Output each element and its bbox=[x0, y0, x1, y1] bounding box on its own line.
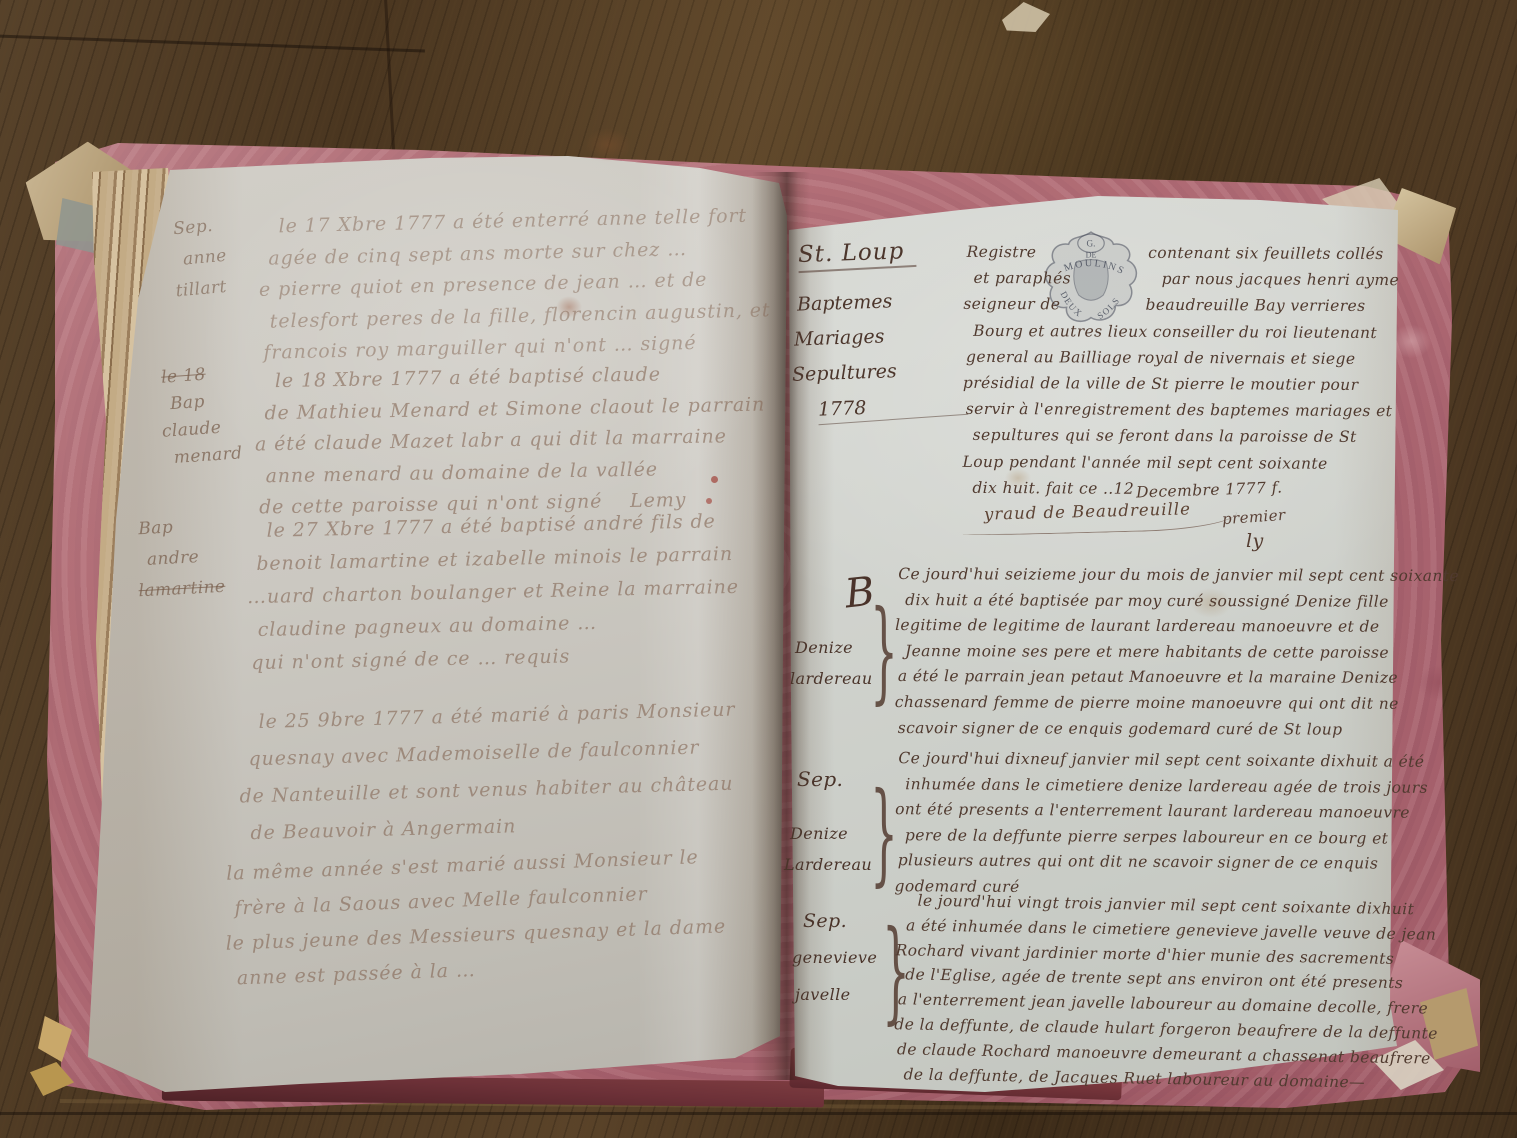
header-sepultures: Sepultures bbox=[792, 360, 897, 386]
register-entry-baptism-claude: le 18 Xbre 1777 a été baptisé claudede M… bbox=[257, 358, 767, 524]
header-baptemes: Baptemes bbox=[797, 290, 893, 315]
handwriting-line: lamartine bbox=[138, 572, 226, 608]
handwriting-line: scavoir signer de ce enquis godemard cur… bbox=[898, 716, 1459, 744]
handwriting-line: Ce jourd'hui dixneuf janvier mil sept ce… bbox=[898, 746, 1428, 775]
handwriting-line: Jeanne moine ses pere et mere habitants … bbox=[905, 639, 1459, 667]
handwriting-line: servir à l'enregistrement des baptemes m… bbox=[966, 396, 1399, 424]
handwriting-line: menard bbox=[173, 440, 243, 472]
margin-name: Denize bbox=[790, 818, 848, 849]
handwriting-line: anne bbox=[182, 241, 228, 276]
handwriting-line: chassenard femme de pierre moine manoeuv… bbox=[895, 690, 1459, 718]
margin-initial-sep: Sep. bbox=[803, 906, 847, 937]
handwriting-line: ont été presents a l'enterrement laurant… bbox=[895, 797, 1428, 826]
handwriting-line: general au Bailliage royal de nivernais … bbox=[966, 344, 1399, 372]
register-entry-baptism-denize: Ce jourd'hui seizieme jour du mois de ja… bbox=[898, 562, 1459, 743]
handwriting-line: pere de la deffunte pierre serpes labour… bbox=[905, 823, 1428, 852]
handwriting-line: Sep. bbox=[172, 210, 225, 245]
handwriting-line: dix huit a été baptisée par moy curé sou… bbox=[905, 588, 1459, 616]
margin-note-burial-anne: Sep.annetillart bbox=[172, 210, 231, 307]
handwriting-line: présidial de la ville de St pierre le mo… bbox=[963, 370, 1399, 398]
parish-name: St. Loup bbox=[798, 238, 917, 272]
handwriting-line: inhumée dans le cimetiere denize lardere… bbox=[905, 772, 1428, 801]
register-entry-baptism-andre: le 27 Xbre 1777 a été baptisé andré fils… bbox=[248, 505, 740, 680]
register-entry-marriage-quesnay: le 25 9bre 1777 a été marié à paris Mons… bbox=[240, 692, 739, 853]
register-preamble: Registre contenant six feuillets collése… bbox=[965, 239, 1399, 503]
handwriting-line: Bourg et autres lieux conseiller du roi … bbox=[973, 318, 1399, 346]
handwriting-line: seigneur de beaudreuille Bay verrieres bbox=[963, 291, 1399, 319]
handwriting-line: Registre contenant six feuillets collés bbox=[967, 239, 1400, 267]
photo-scene: Sep.annetillart le 17 Xbre 1777 a été en… bbox=[0, 0, 1517, 1138]
margin-note-baptism-claude: le 18Bapclaudemenard bbox=[160, 359, 243, 472]
margin-brace: } bbox=[870, 596, 898, 706]
register-entry-burial-denize: Ce jourd'hui dixneuf janvier mil sept ce… bbox=[897, 746, 1428, 903]
handwriting-line: Bap bbox=[138, 510, 223, 545]
handwriting-line: sepultures qui se feront dans la paroiss… bbox=[973, 422, 1399, 450]
margin-name: genevieve bbox=[792, 942, 877, 973]
register-entry-burial-genevieve: le jourd'hui vingt trois janvier mil sep… bbox=[896, 888, 1440, 1096]
handwriting-line: andre bbox=[146, 541, 224, 576]
margin-initial-sep: Sep. bbox=[797, 764, 843, 795]
header-mariages: Mariages bbox=[794, 325, 885, 350]
handwriting-line: legitime de legitime de laurant larderea… bbox=[895, 613, 1459, 641]
table-plank-seam bbox=[0, 1112, 1517, 1115]
margin-name: javelle bbox=[795, 979, 851, 1010]
margin-brace: } bbox=[870, 778, 898, 888]
margin-note-baptism-andre: Bapandrelamartine bbox=[138, 510, 227, 607]
margin-name: Lardereau bbox=[784, 849, 872, 880]
margin-name: lardereau bbox=[790, 663, 873, 694]
margin-name: Denize bbox=[795, 632, 853, 663]
page-stain bbox=[585, 128, 631, 162]
register-entry-marriage-note: la même année s'est marié aussi Monsieur… bbox=[226, 839, 728, 996]
signature-beaudreuille: yraud de Beaudreuille bbox=[984, 499, 1191, 523]
handwriting-line: a été le parrain jean petaut Manoeuvre e… bbox=[898, 664, 1459, 692]
handwriting-line: tillart bbox=[174, 272, 230, 308]
handwriting-line: Loup pendant l'année mil sept cent soixa… bbox=[962, 448, 1398, 476]
paraph-mark: ly bbox=[1246, 530, 1264, 552]
handwriting-line: plusieurs autres qui ont dit ne scavoir … bbox=[898, 849, 1428, 878]
handwriting-line: Ce jourd'hui seizieme jour du mois de ja… bbox=[898, 562, 1459, 590]
register-entry-burial-anne: le 17 Xbre 1777 a été enterré anne telle… bbox=[260, 200, 771, 369]
handwriting-line: et paraphés par nous jacques henri ayme bbox=[973, 265, 1399, 293]
